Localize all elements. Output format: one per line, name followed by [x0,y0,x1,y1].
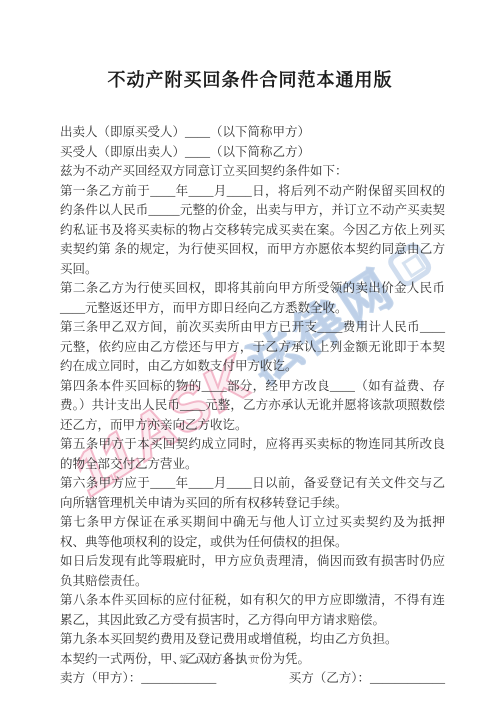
document-content: 不动产附买回条件合同范本通用版 出卖人（即原买受人）____（以下简称甲方） 买… [0,66,500,689]
clause-7: 第七条甲方保证在承买期间中确无与他人订立过买卖契约及为抵押权、典等他项权利的设定… [60,513,445,552]
buyer-signature-line: 买方（乙方）：____________ [289,669,445,689]
document-body: 出卖人（即原买受人）____（以下简称甲方） 买受人（即原出卖人）____（以下… [60,123,445,689]
clause-8: 第八条本件买回标的应付征税，如有积欠的甲方应即缴清，不得有连累乙，其因此致乙方受… [60,591,445,630]
clause-7-supplement: 如日后发现有此等瑕疵时，甲方应负责理清，倘因而致有损害时仍应负其赔偿责任。 [60,552,445,591]
clause-6: 第六条甲方应于____年____月____日以前，备妥登记有关文件交与乙向所辖管… [60,474,445,513]
clause-5: 第五条甲方于本买回契约成立同时，应将再买卖标的物连同其所改良的物全部交付乙方营业… [60,435,445,474]
seller-signature-line: 卖方（甲方）：____________ [60,669,216,689]
clause-4: 第四条本件买回标的物的____部分，经甲方改良____（如有益费、存费。）共计支… [60,377,445,436]
page-number-footer: 第 1 页 共 2 页 [0,652,440,666]
clause-2: 第二条乙方为行使买回权，即将其前向甲方所受领的卖出价金人民币____元整返还甲方… [60,279,445,318]
contract-page: 11ASK 法律网 不动产附买回条件合同范本通用版 出卖人（即原买受人）____… [0,0,500,706]
clause-9: 第九条本买回契约费用及登记费用或增值税，均由乙方负担。 [60,630,445,650]
clause-3: 第三条甲乙双方间，前次买卖所由甲方已开支____费用计人民币____元整，依约应… [60,318,445,377]
intro-line: 兹为不动产买回经双方同意订立买回契约条件如下： [60,162,445,182]
document-title: 不动产附买回条件合同范本通用版 [0,66,500,92]
signature-row: 卖方（甲方）：____________ 买方（乙方）：____________ [60,669,445,689]
party-line-seller: 出卖人（即原买受人）____（以下简称甲方） [60,123,445,143]
party-line-buyer: 买受人（即原出卖人）____（以下简称乙方） [60,143,445,163]
clause-1: 第一条乙方前于____年____月____日，将后列不动产附保留买回权的约条件以… [60,182,445,280]
